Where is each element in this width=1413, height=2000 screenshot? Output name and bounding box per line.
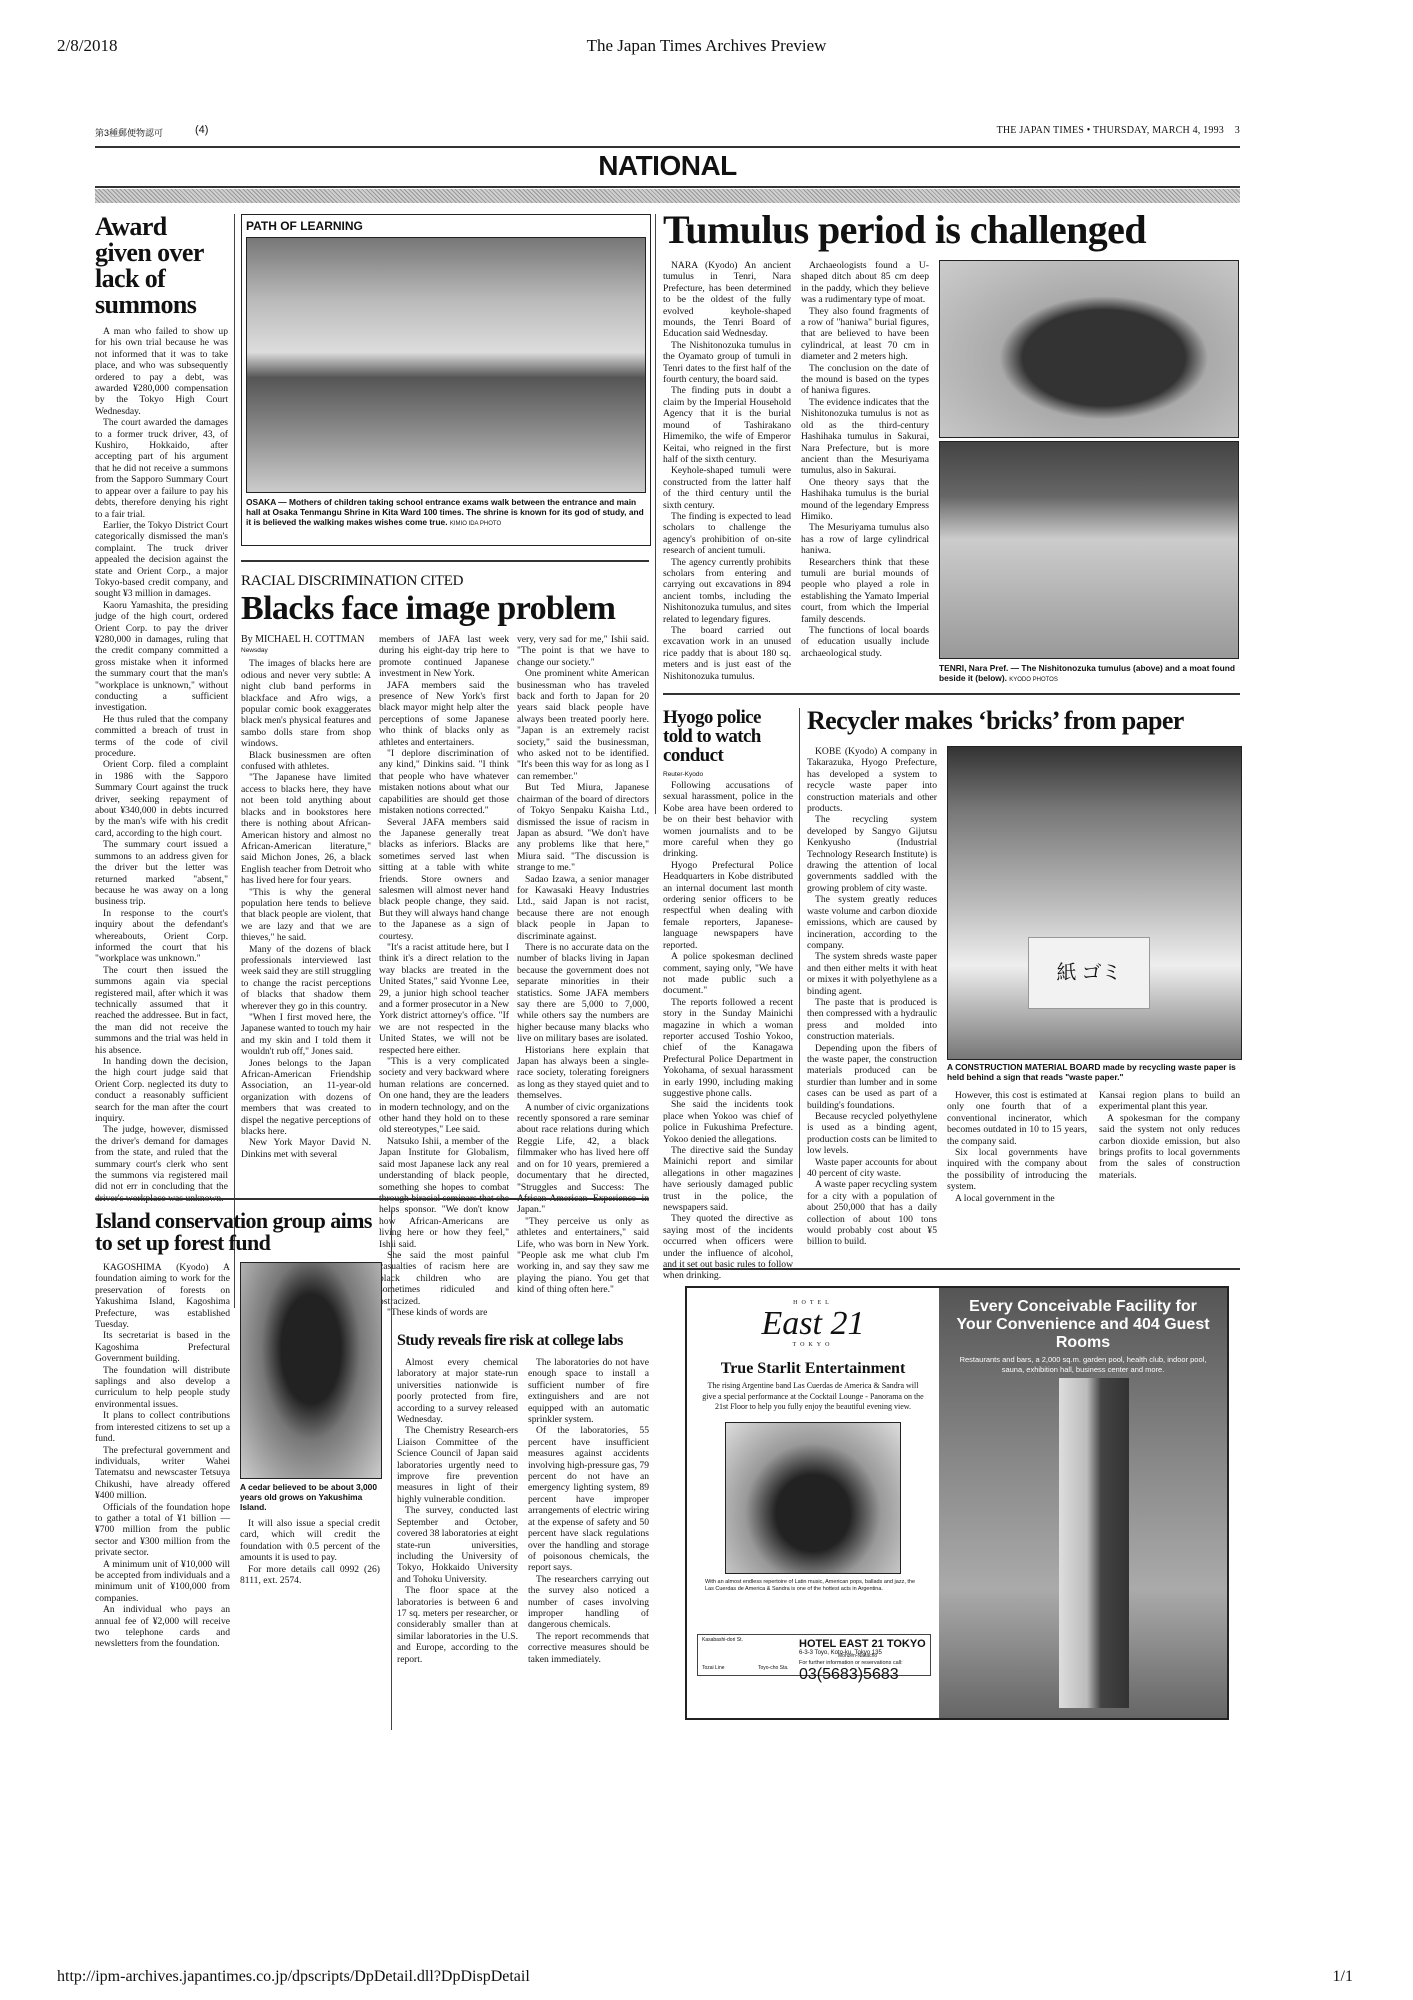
hotel-contact: HOTEL EAST 21 TOKYO 6-3-3 Toyo, Koto-ku,…: [799, 1638, 939, 1684]
event-title: True Starlit Entertainment: [687, 1360, 939, 1378]
divider: [663, 1268, 1240, 1270]
photo-label: PATH OF LEARNING: [242, 215, 650, 235]
photo-path-of-learning: PATH OF LEARNING OSAKA — Mothers of chil…: [241, 214, 651, 546]
phone-number: 03(5683)5683: [799, 1666, 939, 1684]
facilities-text: Restaurants and bars, a 2,000 sq.m. gard…: [939, 1352, 1227, 1378]
article-col-2: Archaeologists found a U-shaped ditch ab…: [801, 260, 929, 685]
photo-caption: A CONSTRUCTION MATERIAL BOARD made by re…: [947, 1062, 1240, 1082]
headline: Study reveals fire risk at college labs: [397, 1333, 649, 1349]
photo-caption: A cedar believed to be about 3,000 years…: [240, 1482, 380, 1512]
tumulus-aerial-photo: [939, 260, 1239, 438]
article-award: Award given over lack of summons A man w…: [95, 214, 228, 1204]
headline: Recycler makes ‘bricks’ from paper: [807, 708, 1240, 734]
band-photo: [725, 1422, 901, 1574]
ad-right-panel: Every Conceivable Facility for Your Conv…: [939, 1288, 1227, 1718]
byline: By MICHAEL H. COTTMAN: [241, 634, 371, 645]
article-study: Study reveals fire risk at college labs …: [397, 1333, 649, 1665]
tumulus-photos: TENRI, Nara Pref. — The Nishitonozuka tu…: [939, 260, 1239, 685]
article-island: Island conservation group aims to set up…: [95, 1210, 385, 1254]
hotel-logo: East 21: [687, 1306, 939, 1342]
divider: [663, 693, 1240, 695]
divider: [241, 560, 649, 562]
page-url: http://ipm-archives.japantimes.co.jp/dps…: [57, 1968, 530, 1986]
column-rule: [391, 1210, 392, 1730]
ad-left-panel: HOTEL East 21 TOKYO True Starlit Enterta…: [687, 1288, 939, 1718]
article-col-1: KAGOSHIMA (Kyodo) A foundation aiming to…: [95, 1262, 230, 1650]
cedar-photo: [240, 1262, 382, 1479]
article-body: A man who failed to show up for his own …: [95, 326, 228, 1204]
photo-caption: OSAKA — Mothers of children taking schoo…: [246, 497, 644, 529]
article-col-2: It will also issue a special credit card…: [240, 1518, 380, 1586]
article-col-1: KOBE (Kyodo) A company in Takarazuka, Hy…: [807, 746, 937, 1248]
logo-bottom: TOKYO: [687, 1342, 939, 1348]
headline: Hyogo police told to watch conduct: [663, 708, 793, 765]
article-col-3: very, very sad for me," Ishii said. "The…: [517, 634, 649, 1318]
hotel-east21-ad: HOTEL East 21 TOKYO True Starlit Enterta…: [685, 1286, 1229, 1720]
headline: Tumulus period is challenged: [663, 210, 1240, 250]
band-note: With an almost endless repertoire of Lat…: [687, 1574, 939, 1593]
article-col-2: members of JAFA last week during his eig…: [379, 634, 509, 1318]
article-col-1: NARA (Kyodo) An ancient tumulus in Tenri…: [663, 260, 791, 685]
column-rule: [655, 214, 656, 814]
waste-paper-sign: 紙 ゴミ: [1028, 937, 1150, 1009]
article-col-2: The laboratories do not have enough spac…: [528, 1357, 649, 1665]
column-rule: [799, 708, 800, 1178]
event-text: The rising Argentine band Las Cuerdas de…: [687, 1378, 939, 1416]
page-number: 3: [1235, 125, 1240, 136]
photo-caption: TENRI, Nara Pref. — The Nishitonozuka tu…: [939, 663, 1239, 685]
hotel-tower-image: [1059, 1378, 1129, 1708]
kicker: RACIAL DISCRIMINATION CITED: [241, 573, 649, 590]
article-col-2: However, this cost is estimated at only …: [947, 1090, 1087, 1204]
headline: Award given over lack of summons: [95, 214, 228, 318]
ad-headline-1: Every Conceivable Facility for: [939, 1298, 1227, 1316]
moat-excavation-photo: [939, 441, 1239, 659]
shrine-photo: [246, 237, 646, 493]
article-recycler: Recycler makes ‘bricks’ from paper KOBE …: [807, 708, 1240, 734]
source: Reuter-Kyodo: [663, 771, 793, 778]
section-title: NATIONAL: [95, 150, 1240, 182]
edition-number: (4): [195, 124, 208, 136]
divider: [95, 186, 1240, 188]
column-rule: [234, 214, 235, 1308]
page-count: 1/1: [1333, 1968, 1353, 1986]
recycled-board-photo: 紙 ゴミ: [947, 746, 1242, 1060]
article-hyogo: Hyogo police told to watch conduct Reute…: [663, 708, 793, 1282]
article-col-1: Almost every chemical laboratory at majo…: [397, 1357, 518, 1665]
hotel-address: 6-3-3 Toyo, Koto-ku, Tokyo 135: [799, 1650, 939, 1656]
divider: [95, 146, 1240, 148]
dateline: THE JAPAN TIMES • THURSDAY, MARCH 4, 199…: [997, 125, 1240, 136]
article-tumulus: Tumulus period is challenged NARA (Kyodo…: [663, 210, 1240, 685]
article-body: Following accusations of sexual harassme…: [663, 780, 793, 1282]
headline: Island conservation group aims to set up…: [95, 1210, 385, 1254]
headline: Blacks face image problem: [241, 592, 649, 626]
divider: [95, 1198, 649, 1200]
article-col-3: Kansai region plans to build an experime…: [1099, 1090, 1240, 1181]
postal-mark: 第3種郵便物認可: [95, 126, 163, 139]
ad-headline-2: Your Convenience and 404 Guest Rooms: [939, 1316, 1227, 1352]
print-title: The Japan Times Archives Preview: [0, 36, 1413, 56]
source: Newsday: [241, 645, 371, 656]
section-band: [95, 189, 1240, 203]
hotel-name: HOTEL EAST 21 TOKYO: [799, 1638, 939, 1650]
article-blacks: RACIAL DISCRIMINATION CITED Blacks face …: [241, 573, 649, 1318]
print-header: 2/8/2018 The Japan Times Archives Previe…: [0, 36, 1413, 60]
newspaper-page: 第3種郵便物認可 (4) THE JAPAN TIMES • THURSDAY,…: [95, 118, 1240, 1878]
